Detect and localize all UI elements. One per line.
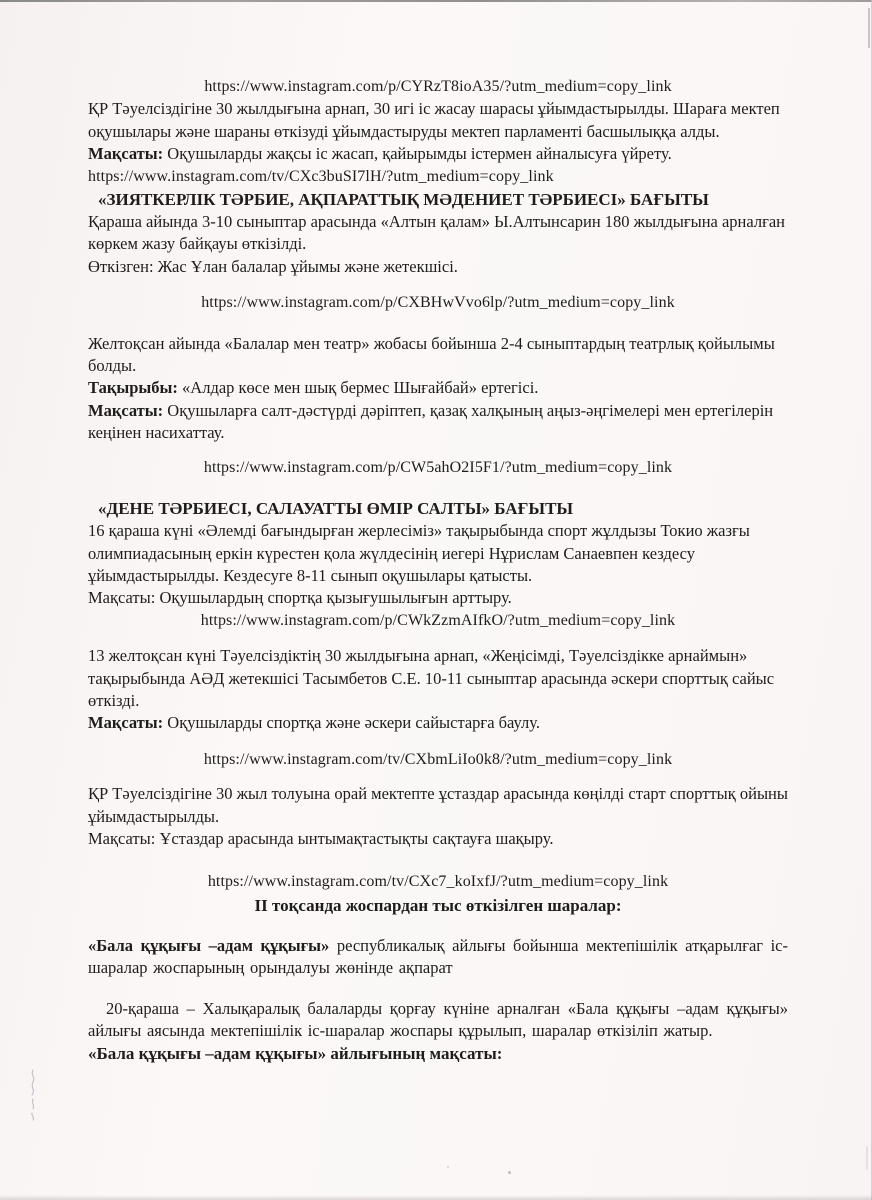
goal-label: Мақсаты:: [88, 401, 163, 420]
scan-corner-mark: [868, 8, 870, 48]
paragraph-goal-5: Мақсаты: Ұстаздар арасында ынтымақтастық…: [88, 828, 788, 850]
paragraph-military-sports: 13 желтоқсан күні Тәуелсіздіктің 30 жылд…: [88, 645, 788, 712]
paragraph-calligraphy-contest: Қараша айында 3-10 сыныптар арасында «Ал…: [88, 211, 788, 256]
goal-label: Мақсаты:: [88, 713, 163, 732]
instagram-url-7: https://www.instagram.com/tv/CXc7_koIxfJ…: [88, 871, 788, 893]
paragraph-november-20: 20-қараша – Халықаралық балаларды қорғау…: [88, 998, 788, 1043]
paragraph-goal-3: Мақсаты: Оқушылардың спортқа қызығушылығ…: [88, 587, 788, 609]
goal-text: Оқушыларға салт-дәстүрді дәріптеп, қазақ…: [88, 401, 773, 442]
paragraph-athlete-meeting: 16 қараша күні «Әлемді бағындырған жерле…: [88, 520, 788, 587]
topic-text: «Алдар көсе мен шық бермес Шығайбай» ерт…: [178, 378, 539, 397]
goal-text: Оқушыларды спортқа және әскери сайыстарғ…: [163, 713, 540, 732]
instagram-url-1: https://www.instagram.com/p/CYRzT8ioA35/…: [88, 76, 788, 98]
goal-label: Мақсаты:: [88, 144, 163, 163]
paragraph-organizer: Өткізген: Жас Ұлан балалар ұйымы және же…: [88, 256, 788, 278]
instagram-url-4: https://www.instagram.com/p/CW5ahO2I5F1/…: [88, 457, 788, 479]
instagram-url-2: https://www.instagram.com/tv/CXc3buSI7lH…: [88, 166, 788, 188]
child-rights-label: «Бала құқығы –адам құқығы»: [88, 936, 329, 955]
pen-mark-artifact: [24, 1068, 42, 1122]
scanned-document-page: https://www.instagram.com/p/CYRzT8ioA35/…: [0, 0, 872, 1200]
topic-label: Тақырыбы:: [88, 378, 178, 397]
paragraph-goal-1: Мақсаты: Оқушыларды жақсы іс жасап, қайы…: [88, 143, 788, 165]
scan-speck: [508, 1171, 511, 1174]
section-heading-physical: «ДЕНЕ ТӘРБИЕСІ, САЛАУАТТЫ ӨМІР САЛТЫ» БА…: [88, 497, 788, 520]
document-content: https://www.instagram.com/p/CYRzT8ioA35/…: [88, 76, 788, 1065]
scan-edge-bottom: [0, 1195, 872, 1200]
section-heading-month-goal: «Бала құқығы –адам құқығы» айлығының мақ…: [88, 1042, 788, 1065]
scan-smudge: [866, 1146, 868, 1170]
instagram-url-5: https://www.instagram.com/p/CWkZzmAIfkO/…: [88, 610, 788, 632]
paragraph-good-deeds: ҚР Тәуелсіздігіне 30 жылдығына арнап, 30…: [88, 98, 788, 143]
instagram-url-6: https://www.instagram.com/tv/CXbmLiIo0k8…: [88, 749, 788, 771]
paragraph-child-rights-report: «Бала құқығы –адам құқығы» республикалық…: [88, 935, 788, 980]
paragraph-topic: Тақырыбы: «Алдар көсе мен шық бермес Шығ…: [88, 377, 788, 399]
scan-edge-top: [0, 0, 872, 2]
paragraph-goal-4: Мақсаты: Оқушыларды спортқа және әскери …: [88, 712, 788, 734]
goal-text: Оқушыларды жақсы іс жасап, қайырымды іст…: [163, 144, 672, 163]
scan-speck: [447, 1166, 449, 1168]
section-heading-intellectual: «ЗИЯТКЕРЛІК ТӘРБИЕ, АҚПАРАТТЫҚ МӘДЕНИЕТ …: [88, 188, 788, 211]
paragraph-theatre-project: Желтоқсан айында «Балалар мен театр» жоб…: [88, 333, 788, 378]
section-heading-extra-events: ІІ тоқсанда жоспардан тыс өткізілген шар…: [88, 894, 788, 917]
instagram-url-3: https://www.instagram.com/p/CXBHwVvo6lp/…: [88, 292, 788, 314]
paragraph-goal-2: Мақсаты: Оқушыларға салт-дәстүрді дәріпт…: [88, 400, 788, 445]
paragraph-teachers-start: ҚР Тәуелсіздігіне 30 жыл толуына орай ме…: [88, 783, 788, 828]
